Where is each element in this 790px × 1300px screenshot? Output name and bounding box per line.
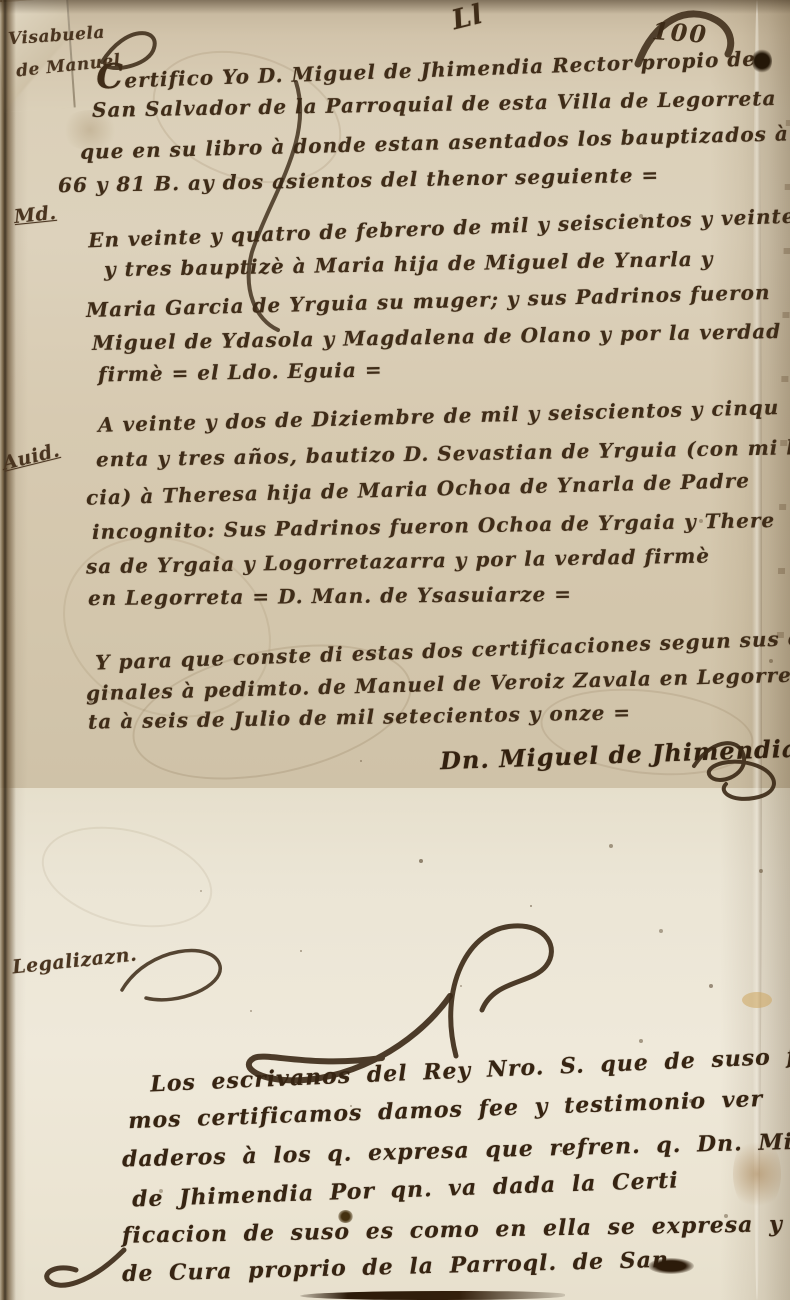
margin-note-2: Md.: [13, 202, 58, 228]
manuscript-page: Ll 100 Visabuela de Manuel Md. Auid. Cer…: [0, 0, 790, 1300]
top-edge-shadow: [0, 0, 790, 14]
ink-blot: [648, 1258, 694, 1274]
cutoff-text-top-edge: [300, 1291, 565, 1300]
dust-speckles: [0, 0, 2, 2]
book-binding-edge: [0, 0, 16, 1300]
entry1623-line: firmè = el Ldo. Eguia =: [98, 358, 383, 387]
entry1653-line: en Legorreta = D. Man. de Ysasuiarze =: [88, 582, 572, 610]
paper-stain: [742, 992, 772, 1008]
